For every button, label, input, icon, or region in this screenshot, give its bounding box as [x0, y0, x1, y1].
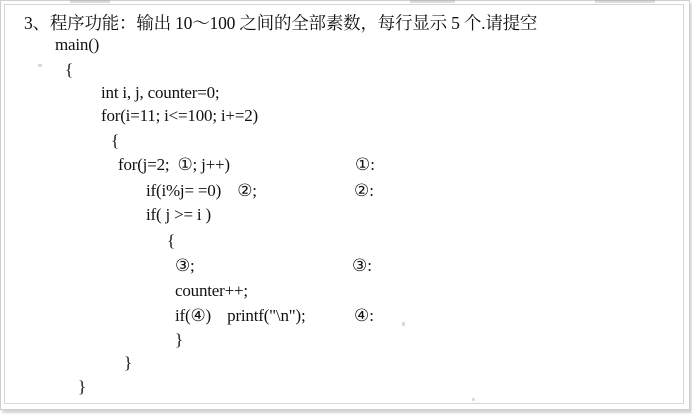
document-inner-frame — [4, 4, 684, 404]
answer-blank-3[interactable]: ③: — [352, 256, 372, 276]
code-line: if( j >= i ) — [146, 205, 211, 225]
scan-speck — [402, 322, 405, 326]
code-line: } — [124, 353, 132, 373]
code-line: } — [175, 330, 183, 350]
scan-artifact — [70, 0, 110, 3]
answer-blank-2[interactable]: ②: — [354, 181, 374, 201]
code-line: int i, j, counter=0; — [101, 83, 219, 103]
code-line: for(i=11; i<=100; i+=2) — [101, 106, 258, 126]
answer-blank-4[interactable]: ④: — [354, 306, 374, 326]
scan-speck — [472, 398, 475, 401]
code-line: if(④) printf("\n"); — [175, 306, 305, 326]
question-number: 3、 — [24, 13, 50, 33]
code-line: if(i%j= =0) ②; — [146, 181, 257, 201]
code-line: } — [78, 377, 86, 397]
code-line: { — [111, 131, 119, 151]
code-line: { — [65, 60, 73, 80]
scan-artifact — [410, 0, 455, 3]
code-line: { — [167, 231, 175, 251]
code-line: for(j=2; ①; j++) — [118, 155, 230, 175]
scan-artifact — [595, 0, 655, 3]
question-title: 程序功能：输出 10～100 之间的全部素数，每行显示 5 个.请提空 — [50, 13, 537, 33]
scan-speck — [38, 64, 42, 67]
answer-blank-1[interactable]: ①: — [355, 155, 375, 175]
code-line: counter++; — [175, 281, 248, 301]
code-line: ③; — [175, 256, 195, 276]
question-heading: 3、程序功能：输出 10～100 之间的全部素数，每行显示 5 个.请提空 — [24, 13, 537, 33]
code-line: main() — [55, 35, 99, 55]
